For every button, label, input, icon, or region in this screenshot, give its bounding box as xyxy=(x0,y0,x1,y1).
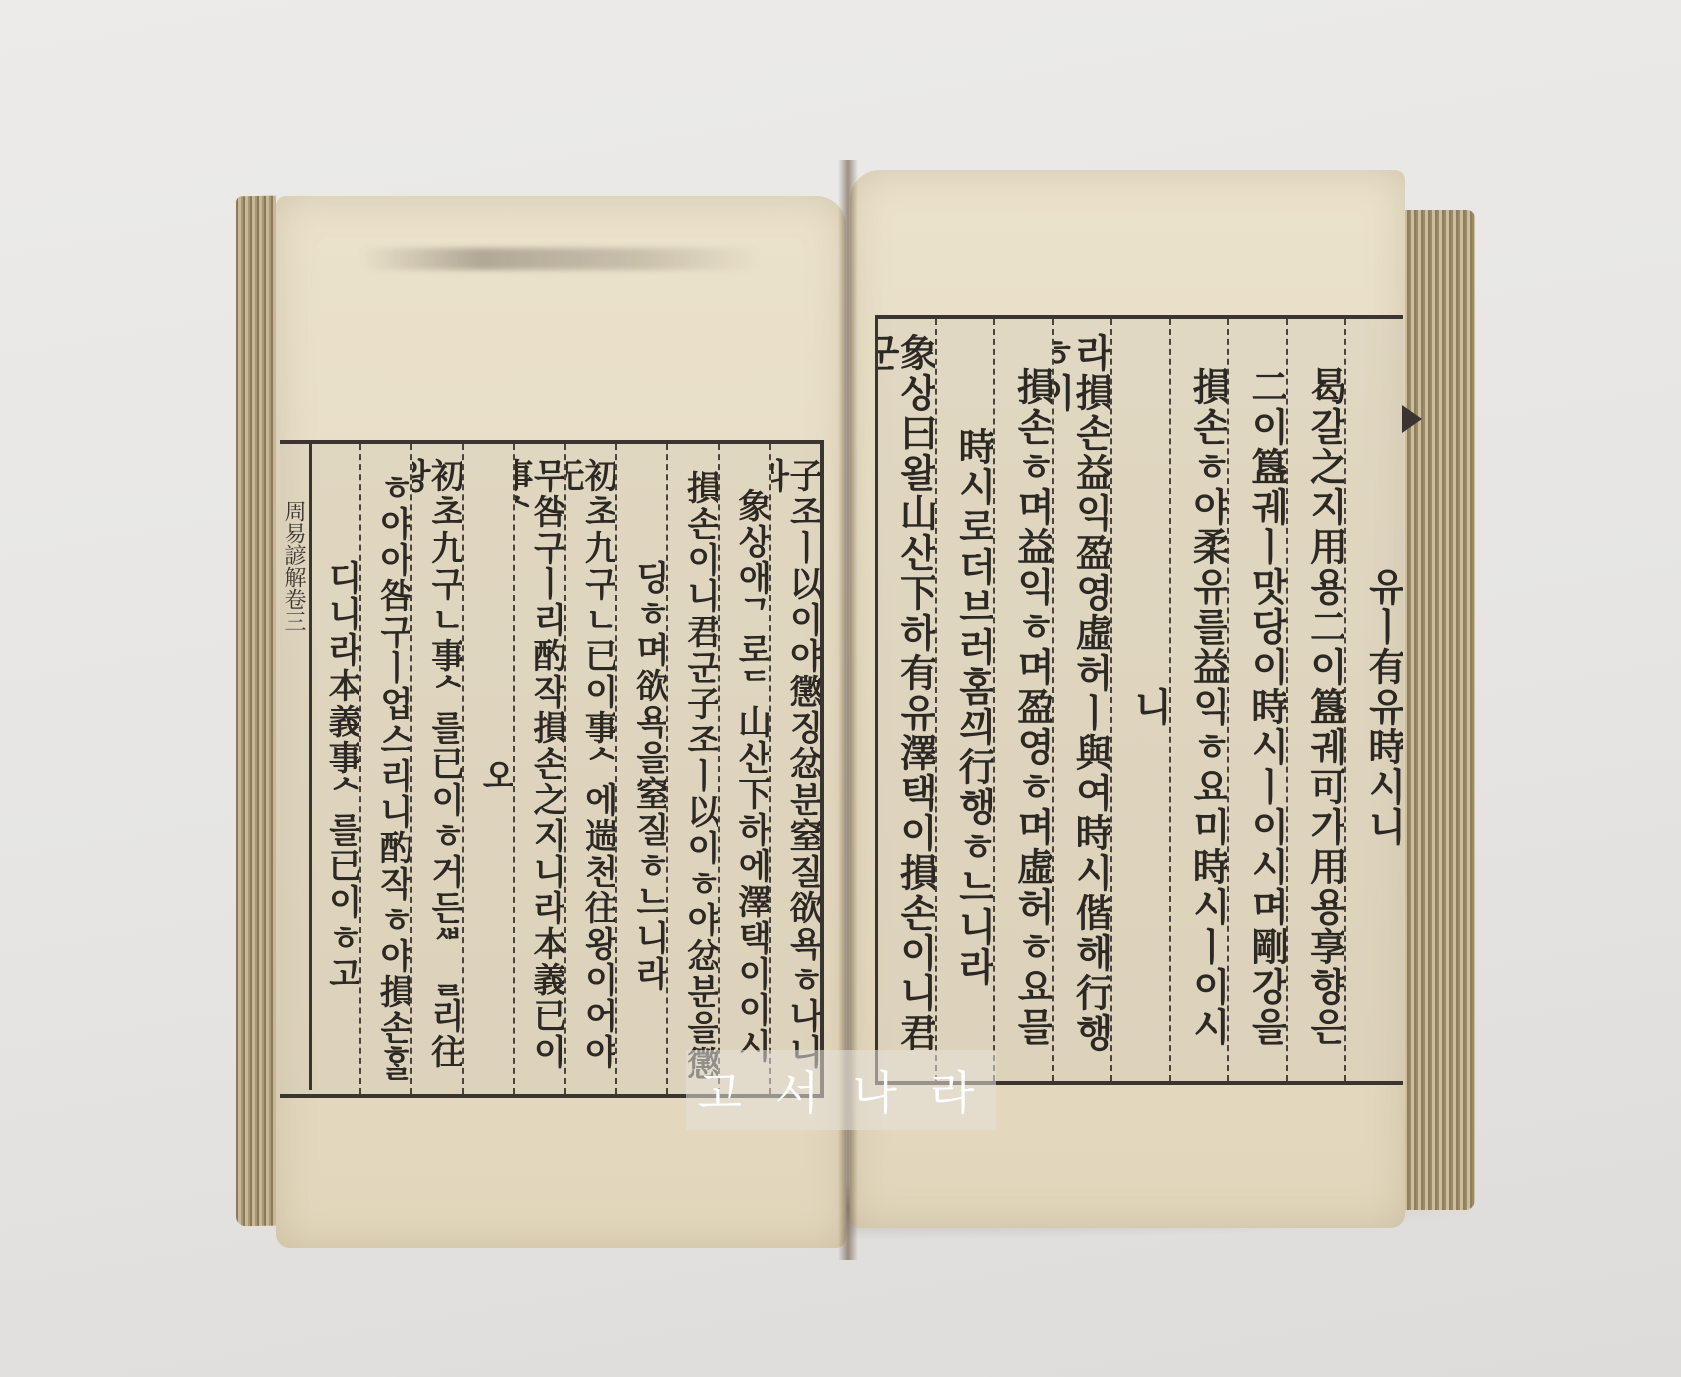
text-column: 디니라本義事ᄉ를已이ㅎ고 xyxy=(310,444,359,1094)
left-columns: 子조ㅣ以이야懲징忿분窒질欲욕ㅎ나니라 象상애ᄀ로ᄃ山산下하에澤택이이시 損손이니… xyxy=(310,444,820,1094)
text-column: 損손ㅎ야柔유를益익ㅎ요미時시ㅣ이시 xyxy=(1169,319,1228,1081)
text-column: 初초九구ㄴ事ᄉ를已이ㅎ거든ᄲᆯ리往왕 xyxy=(410,444,461,1094)
text-column: 오 xyxy=(462,444,513,1094)
text-column: 初초九구ㄴ已이事ᄉ에遄천往왕이어야无 xyxy=(564,444,615,1094)
text-column: 損손ㅎ며益익ㅎ며盈영ㅎ며虛허ㅎ요믈 xyxy=(993,319,1052,1081)
text-column: 무咎구ㅣ리酌작損손之지니라本義已이事ᄉ xyxy=(513,444,564,1094)
right-columns: 유ㅣ有유時시니 曷갈之지用용二이簋궤可가用용享향은 二이簋궤ㅣ맛당이時시ㅣ이시며… xyxy=(878,319,1403,1081)
page-stack-right xyxy=(1395,210,1475,1210)
text-column: ㅎ야아咎구ㅣ업스리니酌작ㅎ야損손ᄒᆞᆯ xyxy=(359,444,410,1094)
text-column: 損손이니君군子조ㅣ以이ㅎ야忿분을懲 xyxy=(666,444,717,1094)
fish-tail-fold-mark-icon xyxy=(1402,405,1422,433)
fold-center-label: 周易諺解卷三 xyxy=(284,440,312,1090)
watermark: 고 서 나 라 xyxy=(686,1050,996,1130)
text-column: 時시로더브러홈ᄭᅴ行행ㅎ느니라 xyxy=(935,319,994,1081)
right-text-block: 유ㅣ有유時시니 曷갈之지用용二이簋궤可가用용享향은 二이簋궤ㅣ맛당이時시ㅣ이시며… xyxy=(875,315,1403,1085)
page-stack-left xyxy=(236,196,276,1227)
watermark-char: 고 xyxy=(698,1057,752,1123)
text-column: 象상曰왈山산下하有유澤택이損손이니君군 xyxy=(878,319,935,1081)
text-column: 유ㅣ有유時시니 xyxy=(1344,319,1403,1081)
watermark-char: 서 xyxy=(775,1057,829,1123)
text-column: 딩ㅎ며欲욕을窒질ㅎ느니라 xyxy=(615,444,666,1094)
book-photo: 子조ㅣ以이야懲징忿분窒질欲욕ㅎ나니라 象상애ᄀ로ᄃ山산下하에澤택이이시 損손이니… xyxy=(0,0,1681,1377)
text-column: 니 xyxy=(1110,319,1169,1081)
ink-smudge xyxy=(360,248,760,270)
watermark-char: 라 xyxy=(930,1057,984,1123)
text-column: 二이簋궤ㅣ맛당이時시ㅣ이시며剛강을 xyxy=(1227,319,1286,1081)
watermark-char: 나 xyxy=(853,1057,907,1123)
text-column: 曷갈之지用용二이簋궤可가用용享향은 xyxy=(1286,319,1345,1081)
text-column: 子조ㅣ以이야懲징忿분窒질欲욕ㅎ나니라 xyxy=(769,444,820,1094)
left-text-block: 子조ㅣ以이야懲징忿분窒질欲욕ㅎ나니라 象상애ᄀ로ᄃ山산下하에澤택이이시 損손이니… xyxy=(280,440,824,1098)
text-column: 象상애ᄀ로ᄃ山산下하에澤택이이시 xyxy=(718,444,769,1094)
text-column: 라損손益익盈영虛허ㅣ與여時시偕해行행ㅎ이 xyxy=(1052,319,1111,1081)
